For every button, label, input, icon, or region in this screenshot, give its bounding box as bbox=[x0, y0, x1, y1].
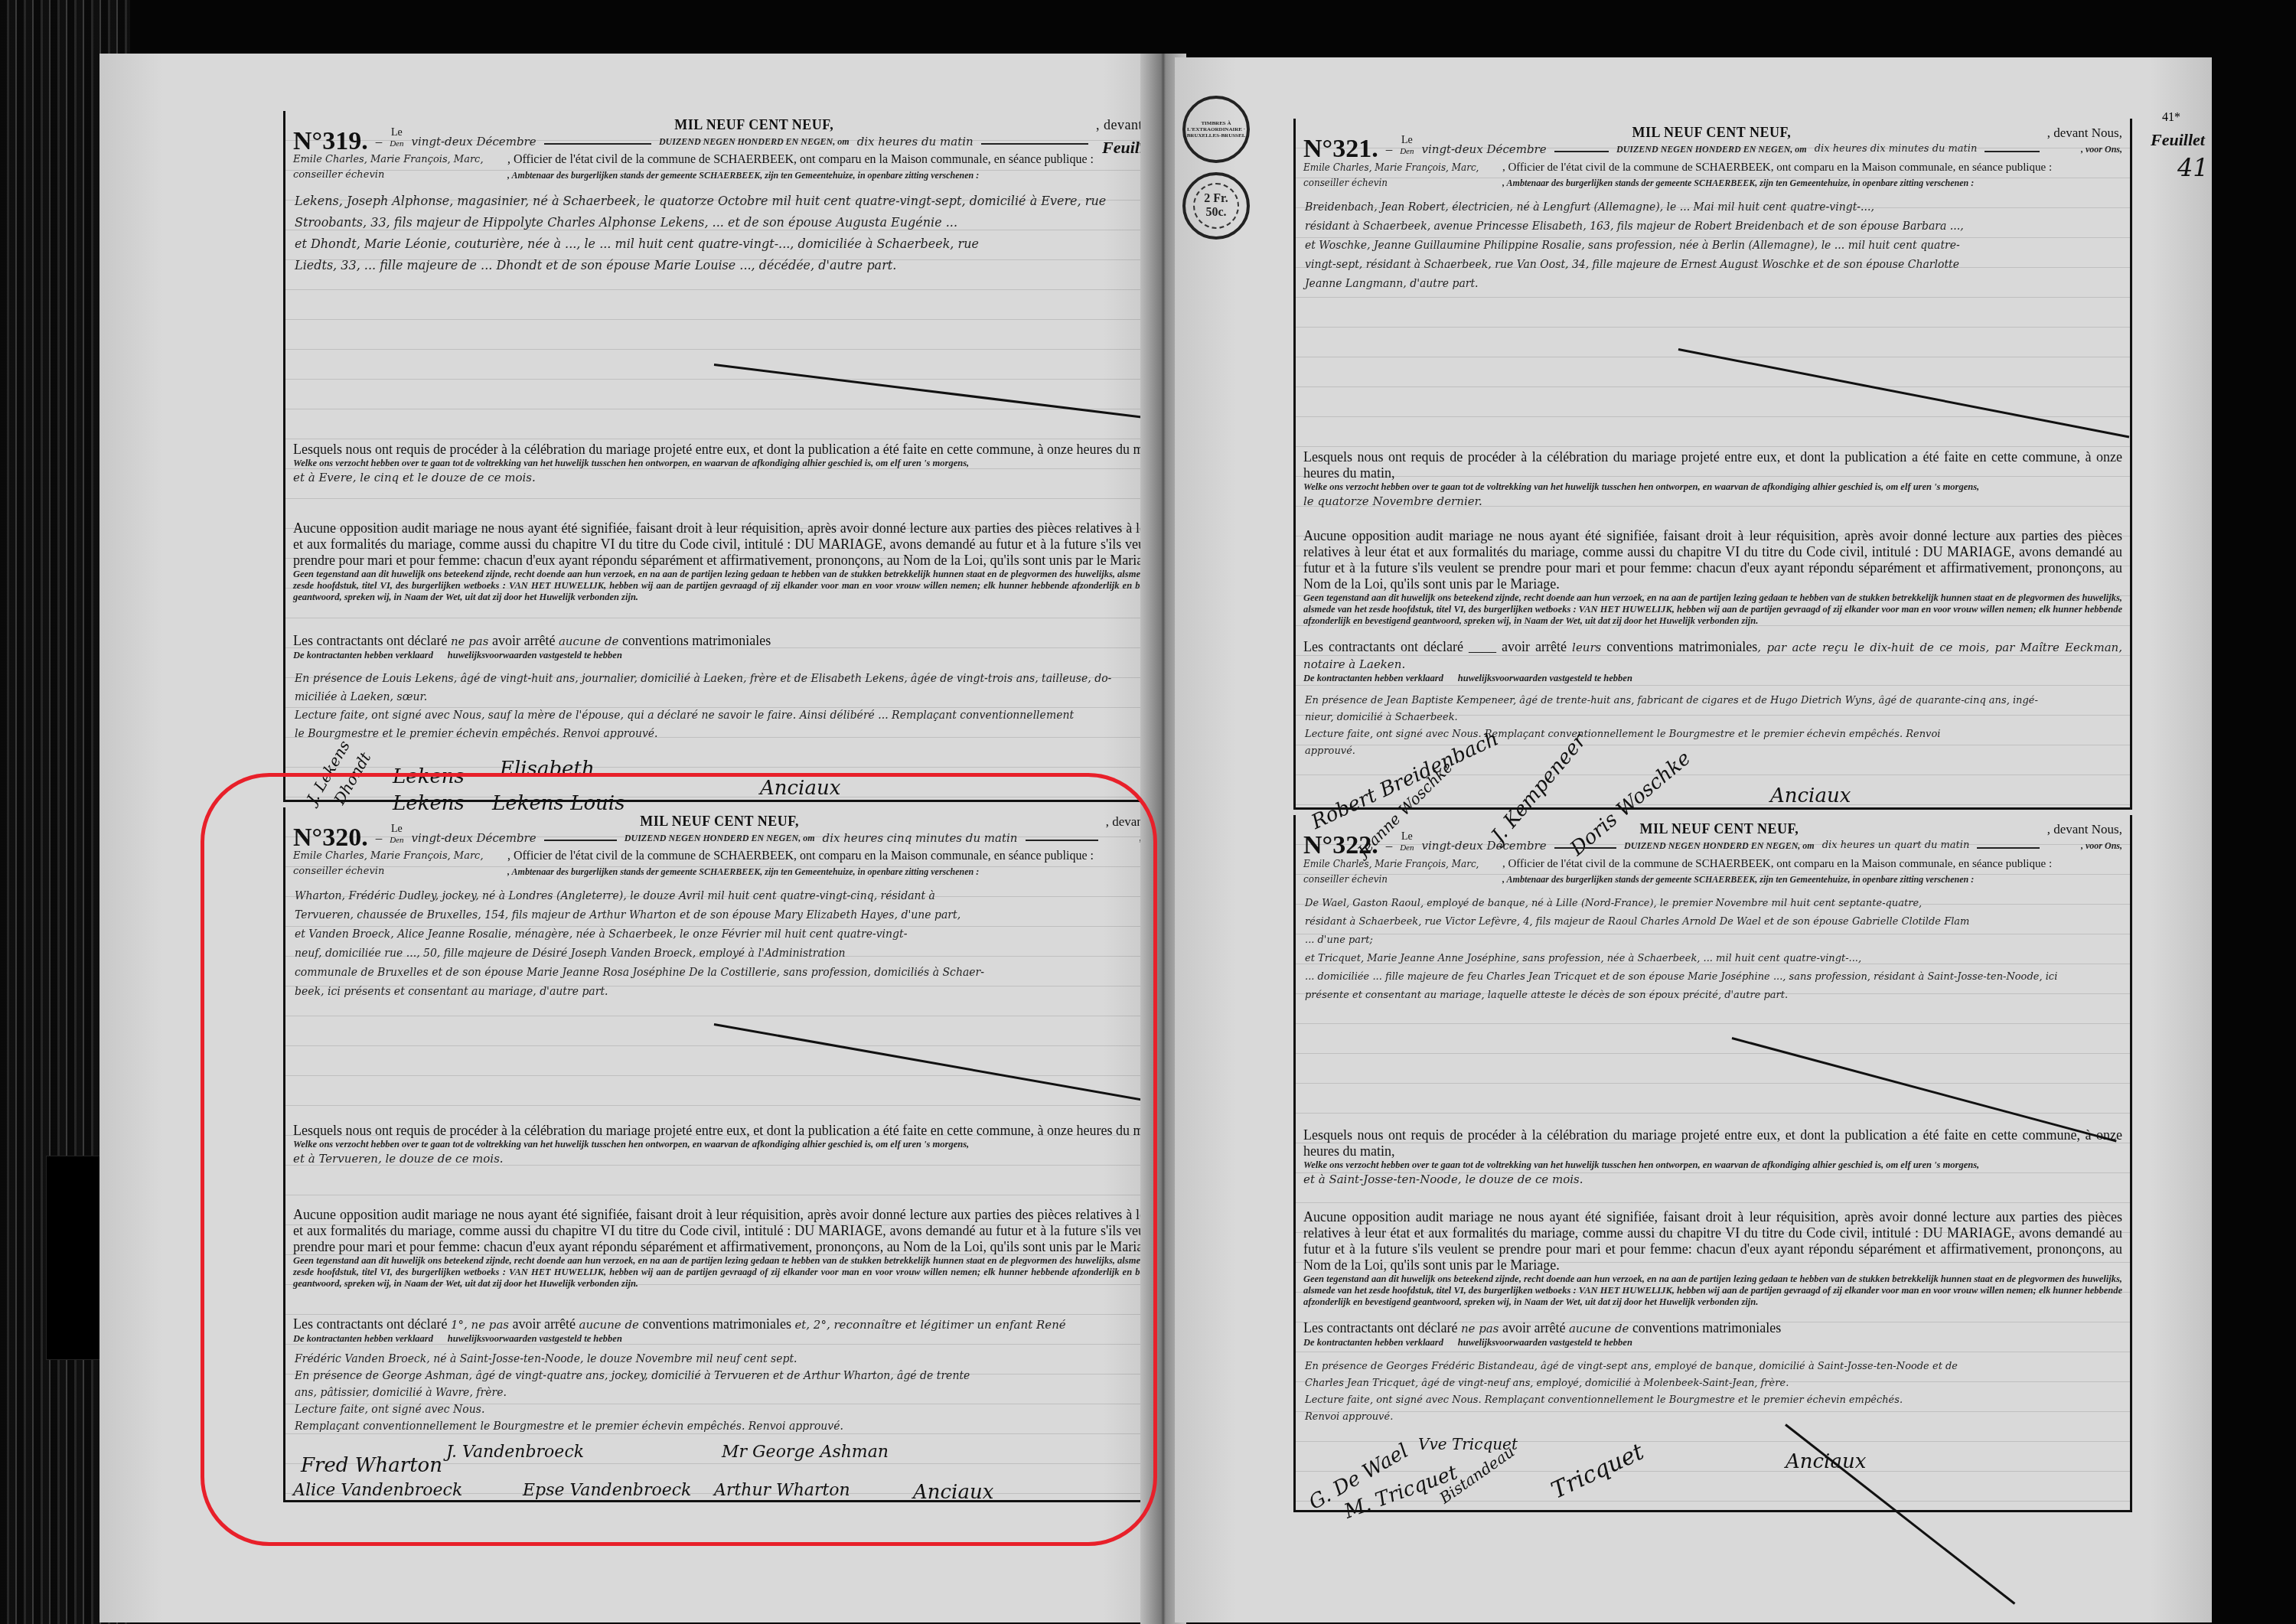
parties-text: De Wael, Gaston Raoul, employé de banque… bbox=[1296, 887, 2130, 1013]
officer-fr: , Officier de l'état civil de la commune… bbox=[507, 153, 1094, 166]
feuillet-label-right: Feuillet bbox=[2151, 130, 2205, 150]
contract-clause: Les contractants ont déclaré ____ avoir … bbox=[1303, 639, 2122, 684]
register-book-scan: Feuillet N°319. – LeDen vingt-deux Décem… bbox=[0, 0, 2296, 1624]
act-321: N°321. – LeDen vingt-deux Décembre MIL N… bbox=[1293, 119, 2132, 807]
officer-handwritten: Emile Charles, Marie François, Marc, con… bbox=[1303, 856, 1502, 887]
opposition-clause: Aucune opposition audit mariage ne nous … bbox=[293, 520, 1181, 603]
annotation-highlight-act-320 bbox=[201, 773, 1157, 1546]
stamp-timbre-de-dimension: 2 Fr. 50c. bbox=[1182, 172, 1250, 240]
publication-clause: Lesquels nous ont requis de procéder à l… bbox=[293, 442, 1181, 486]
date-handwritten: vingt-deux Décembre bbox=[1421, 838, 1546, 853]
den-label: Den bbox=[390, 139, 403, 149]
act-number: N°321. bbox=[1303, 142, 1378, 157]
opposition-clause: Aucune opposition audit mariage ne nous … bbox=[1303, 528, 2122, 627]
publication-clause: Lesquels nous ont requis de procéder à l… bbox=[1303, 449, 2122, 510]
officer-handwritten: Emile Charles, Marie François, Marc, con… bbox=[293, 152, 507, 183]
time-handwritten: dix heures du matin bbox=[857, 134, 974, 149]
year-fr: MIL NEUF CENT NEUF, bbox=[674, 117, 833, 132]
act-number: N°322. bbox=[1303, 838, 1378, 853]
officer-nl: , Ambtenaar des burgerlijken stands der … bbox=[507, 170, 979, 181]
right-page: TIMBRES À L'EXTRAORDINAIRE · BRUXELLES-B… bbox=[1175, 57, 2212, 1622]
officer-handwritten: Emile Charles, Marie François, Marc, con… bbox=[1303, 160, 1502, 191]
date-handwritten: vingt-deux Décembre bbox=[1421, 142, 1546, 157]
act-319: N°319. – LeDen vingt-deux Décembre MIL N… bbox=[283, 111, 1191, 800]
witnesses-text: En présence de Louis Lekens, âgé de ving… bbox=[285, 662, 1189, 751]
witnesses-text: En présence de Georges Frédéric Bistande… bbox=[1296, 1351, 2130, 1433]
feuillet-number-top: 41* bbox=[2162, 111, 2180, 125]
date-handwritten: vingt-deux Décembre bbox=[411, 134, 536, 149]
contract-clause: Les contractants ont déclaré ne pas avoi… bbox=[293, 633, 1181, 661]
time-handwritten: dix heures un quart du matin bbox=[1822, 838, 1970, 853]
year-nl: DUIZEND NEGEN HONDERD EN NEGEN, om bbox=[659, 136, 850, 147]
parties-text: Breidenbach, Jean Robert, électricien, n… bbox=[1296, 191, 2130, 302]
parties-text: Lekens, Joseph Alphonse, magasinier, né … bbox=[285, 183, 1189, 284]
witnesses-text: En présence de Jean Baptiste Kempeneer, … bbox=[1296, 685, 2130, 768]
le-label: Le bbox=[391, 127, 403, 139]
time-handwritten: dix heures dix minutes du matin bbox=[1815, 142, 1978, 157]
feuillet-handwritten: 41 bbox=[2177, 153, 2209, 182]
stamp-extraordinaire: TIMBRES À L'EXTRAORDINAIRE · BRUXELLES-B… bbox=[1182, 96, 1250, 163]
act-number: N°319. bbox=[293, 134, 368, 149]
contract-clause: Les contractants ont déclaré ne pas avoi… bbox=[1303, 1320, 2122, 1348]
act-322: N°322. – LeDen vingt-deux Décembre MIL N… bbox=[1293, 815, 2132, 1511]
opposition-clause: Aucune opposition audit mariage ne nous … bbox=[1303, 1209, 2122, 1308]
publication-clause: Lesquels nous ont requis de procéder à l… bbox=[1303, 1127, 2122, 1188]
